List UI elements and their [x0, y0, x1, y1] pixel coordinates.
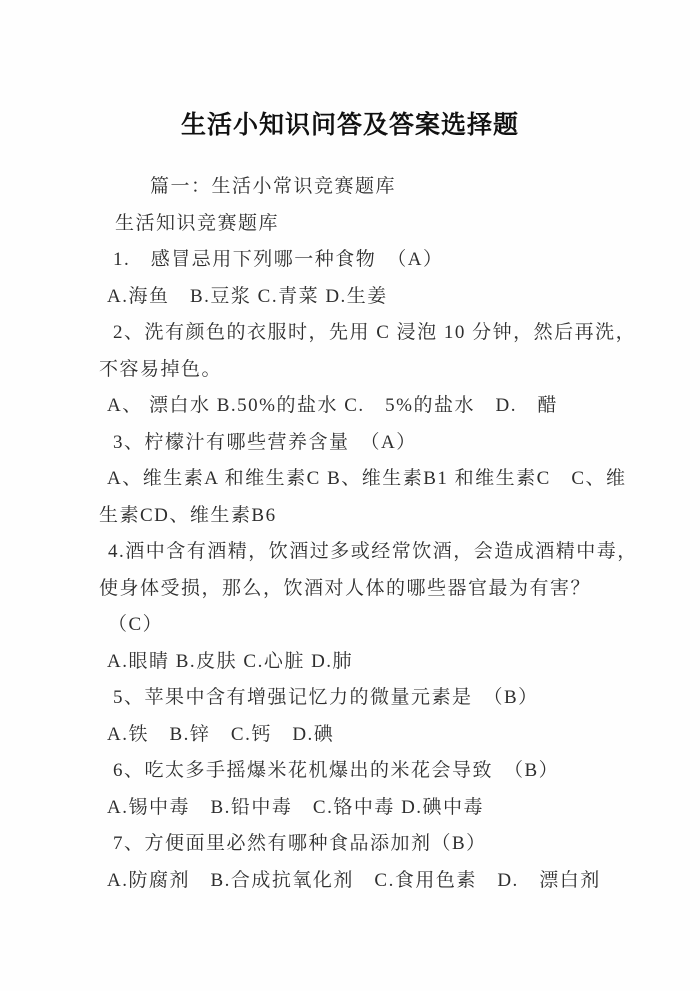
question-5: 5、苹果中含有增强记忆力的微量元素是 （B） [0, 680, 700, 717]
options-5: A.铁 B.锌 C.钙 D.碘 [0, 717, 700, 754]
question-7: 7、方便面里必然有哪种食品添加剂（B） [0, 826, 700, 863]
sub-heading: 生活知识竞赛题库 [0, 206, 700, 243]
options-7: A.防腐剂 B.合成抗氧化剂 C.食用色素 D. 漂白剂 [0, 863, 700, 900]
question-2-continuation: 不容易掉色。 [0, 352, 700, 389]
question-6: 6、吃太多手摇爆米花机爆出的米花会导致 （B） [0, 753, 700, 790]
question-2: 2、洗有颜色的衣服时，先用 C 浸泡 10 分钟，然后再洗， [0, 315, 700, 352]
document-page: 生活小知识问答及答案选择题 篇一：生活小常识竞赛题库 生活知识竞赛题库 1. 感… [0, 0, 700, 991]
document-body: 篇一：生活小常识竞赛题库 生活知识竞赛题库 1. 感冒忌用下列哪一种食物 （A）… [0, 169, 700, 899]
options-4: A.眼睛 B.皮肤 C.心脏 D.肺 [0, 644, 700, 681]
document-title: 生活小知识问答及答案选择题 [0, 108, 700, 142]
options-3: A、维生素A 和维生素C B、维生素B1 和维生素C C、维 [0, 461, 700, 498]
answer-4: （C） [0, 607, 700, 644]
options-2: A、 漂白水 B.50%的盐水 C. 5%的盐水 D. 醋 [0, 388, 700, 425]
question-4: 4.酒中含有酒精，饮酒过多或经常饮酒，会造成酒精中毒， [0, 534, 700, 571]
section-heading: 篇一：生活小常识竞赛题库 [0, 169, 700, 206]
options-1: A.海鱼 B.豆浆 C.青菜 D.生姜 [0, 279, 700, 316]
options-3-continuation: 生素CD、维生素B6 [0, 498, 700, 535]
question-3: 3、柠檬汁有哪些营养含量 （A） [0, 425, 700, 462]
options-6: A.锡中毒 B.铅中毒 C.铬中毒 D.碘中毒 [0, 790, 700, 827]
question-1: 1. 感冒忌用下列哪一种食物 （A） [0, 242, 700, 279]
question-4-continuation: 使身体受损，那么，饮酒对人体的哪些器官最为有害？ [0, 571, 700, 608]
